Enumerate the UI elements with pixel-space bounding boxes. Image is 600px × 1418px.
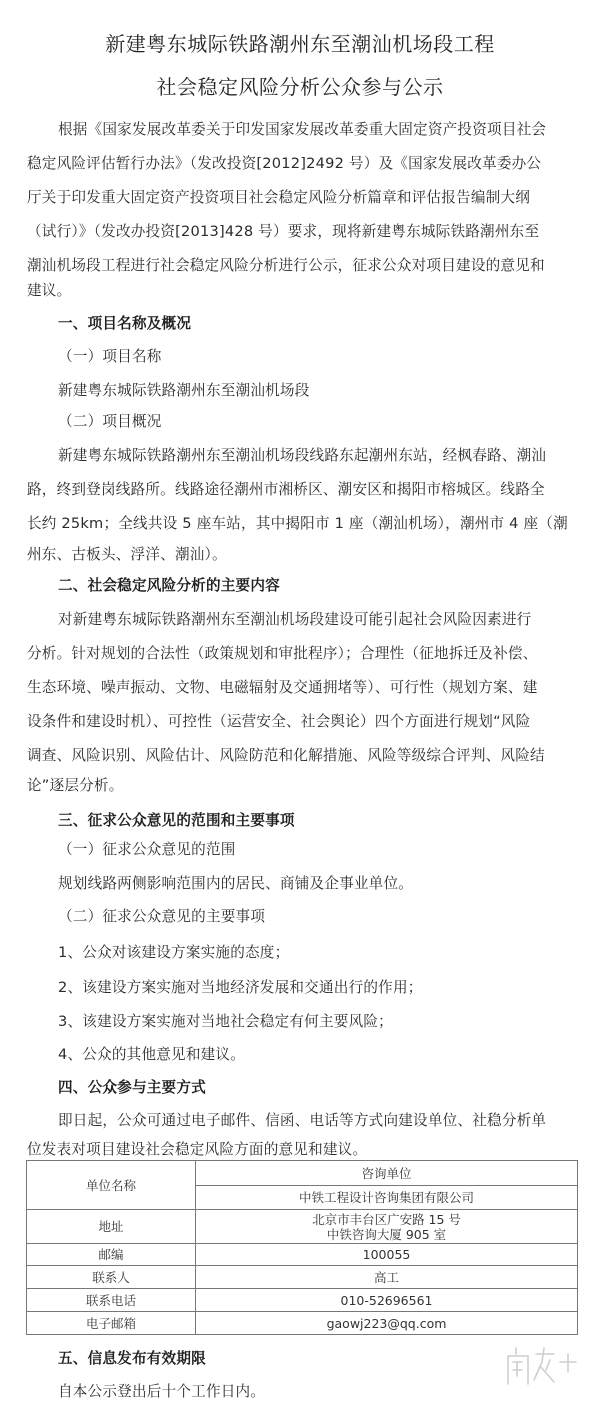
contact-label: 联系人 <box>27 1266 196 1289</box>
risk-line: 对新建粤东城际铁路潮州东至潮汕机场段建设可能引起社会风险因素进行 <box>58 608 531 629</box>
section-heading: 一、项目名称及概况 <box>58 312 191 333</box>
address-line1: 北京市丰台区广安路 15 号 <box>196 1212 577 1227</box>
opinion-item: 3、该建设方案实施对当地社会稳定有何主要风险； <box>58 1010 393 1031</box>
opinion-item: 1、公众对该建设方案实施的态度； <box>58 941 289 962</box>
overview-line: 州东、古板头、浮洋、潮汕）。 <box>27 543 227 564</box>
validity-text: 自本公示登出后十个工作日内。 <box>58 1380 265 1401</box>
document-title-line2: 社会稳定风险分析公众参与公示 <box>0 71 600 100</box>
email-label: 电子邮箱 <box>27 1312 196 1335</box>
risk-line: 生态环境、噪声振动、文物、电磁辐射及交通拥堵等）、可行性（规划方案、建 <box>27 676 537 697</box>
intro-line: 根据《国家发展改革委关于印发国家发展改革委重大固定资产投资项目社会 <box>58 118 546 139</box>
address-label: 地址 <box>27 1210 196 1244</box>
intro-line: （试行）》（发改办投资[2013]428 号）要求，现将新建粤东城际铁路潮州东至 <box>27 220 539 241</box>
intro-line: 厅关于印发重大固定资产投资项目社会稳定风险分析篇章和评估报告编制大纲 <box>27 186 530 207</box>
unit-name: 中铁工程设计咨询集团有限公司 <box>196 1186 578 1210</box>
table-row: 单位名称 咨询单位 <box>27 1161 578 1186</box>
contact-value: 高工 <box>196 1266 578 1289</box>
email-value: gaowj223@qq.com <box>196 1312 578 1335</box>
section-heading: 四、公众参与主要方式 <box>58 1076 206 1097</box>
contact-table: 单位名称 咨询单位 中铁工程设计咨询集团有限公司 地址 北京市丰台区广安路 15… <box>26 1160 578 1335</box>
unit-type: 咨询单位 <box>196 1161 578 1186</box>
postcode-label: 邮编 <box>27 1244 196 1266</box>
subsection-heading: （二）项目概况 <box>58 410 162 431</box>
intro-line: 稳定风险评估暂行办法》（发改投资[2012]2492 号）及《国家发展改革委办公 <box>27 152 541 173</box>
phone-value: 010-52696561 <box>196 1289 578 1312</box>
table-row: 联系电话 010-52696561 <box>27 1289 578 1312</box>
intro-line: 建议。 <box>27 279 71 300</box>
unit-label: 单位名称 <box>27 1161 196 1210</box>
postcode-value: 100055 <box>196 1244 578 1266</box>
methods-line: 位发表对项目建设社会稳定风险方面的意见和建议。 <box>27 1138 367 1159</box>
section-heading: 五、信息发布有效期限 <box>58 1347 206 1368</box>
phone-label: 联系电话 <box>27 1289 196 1312</box>
methods-line: 即日起，公众可通过电子邮件、信函、电话等方式向建设单位、社稳分析单 <box>58 1109 546 1130</box>
project-name: 新建粤东城际铁路潮州东至潮汕机场段 <box>58 379 310 400</box>
risk-line: 设条件和建设时机）、可控性（运营安全、社会舆论）四个方面进行规划“风险 <box>27 710 530 731</box>
table-row: 联系人 高工 <box>27 1266 578 1289</box>
nanfang-plus-watermark-icon <box>502 1344 582 1389</box>
address-cell: 北京市丰台区广安路 15 号 中铁咨询大厦 905 室 <box>196 1210 578 1244</box>
risk-line: 论”逐层分析。 <box>27 774 124 795</box>
subsection-heading: （一）项目名称 <box>58 345 162 366</box>
subsection-heading: （二）征求公众意见的主要事项 <box>58 905 265 926</box>
opinion-item: 4、公众的其他意见和建议。 <box>58 1043 245 1064</box>
address-line2: 中铁咨询大厦 905 室 <box>196 1227 577 1242</box>
risk-line: 分析。针对规划的合法性（政策规划和审批程序）；合理性（征地拆迁及补偿、 <box>27 642 537 663</box>
table-row: 邮编 100055 <box>27 1244 578 1266</box>
intro-line: 潮汕机场段工程进行社会稳定风险分析进行公示，征求公众对项目建设的意见和 <box>27 254 545 275</box>
overview-line: 长约 25km；全线共设 5 座车站，其中揭阳市 1 座（潮汕机场），潮州市 4… <box>27 512 568 533</box>
table-row: 地址 北京市丰台区广安路 15 号 中铁咨询大厦 905 室 <box>27 1210 578 1244</box>
table-row: 电子邮箱 gaowj223@qq.com <box>27 1312 578 1335</box>
opinion-item: 2、该建设方案实施对当地经济发展和交通出行的作用； <box>58 976 423 997</box>
overview-line: 路，终到登岗线路所。线路途径潮州市湘桥区、潮安区和揭阳市榕城区。线路全 <box>27 478 545 499</box>
section-heading: 二、社会稳定风险分析的主要内容 <box>58 574 280 595</box>
scope-text: 规划线路两侧影响范围内的居民、商铺及企事业单位。 <box>58 872 413 893</box>
section-heading: 三、征求公众意见的范围和主要事项 <box>58 809 295 830</box>
subsection-heading: （一）征求公众意见的范围 <box>58 838 236 859</box>
overview-line: 新建粤东城际铁路潮州东至潮汕机场段线路东起潮州东站，经枫春路、潮汕 <box>58 444 546 465</box>
risk-line: 调查、风险识别、风险估计、风险防范和化解措施、风险等级综合评判、风险结 <box>27 744 545 765</box>
document-title-line1: 新建粤东城际铁路潮州东至潮汕机场段工程 <box>0 28 600 57</box>
